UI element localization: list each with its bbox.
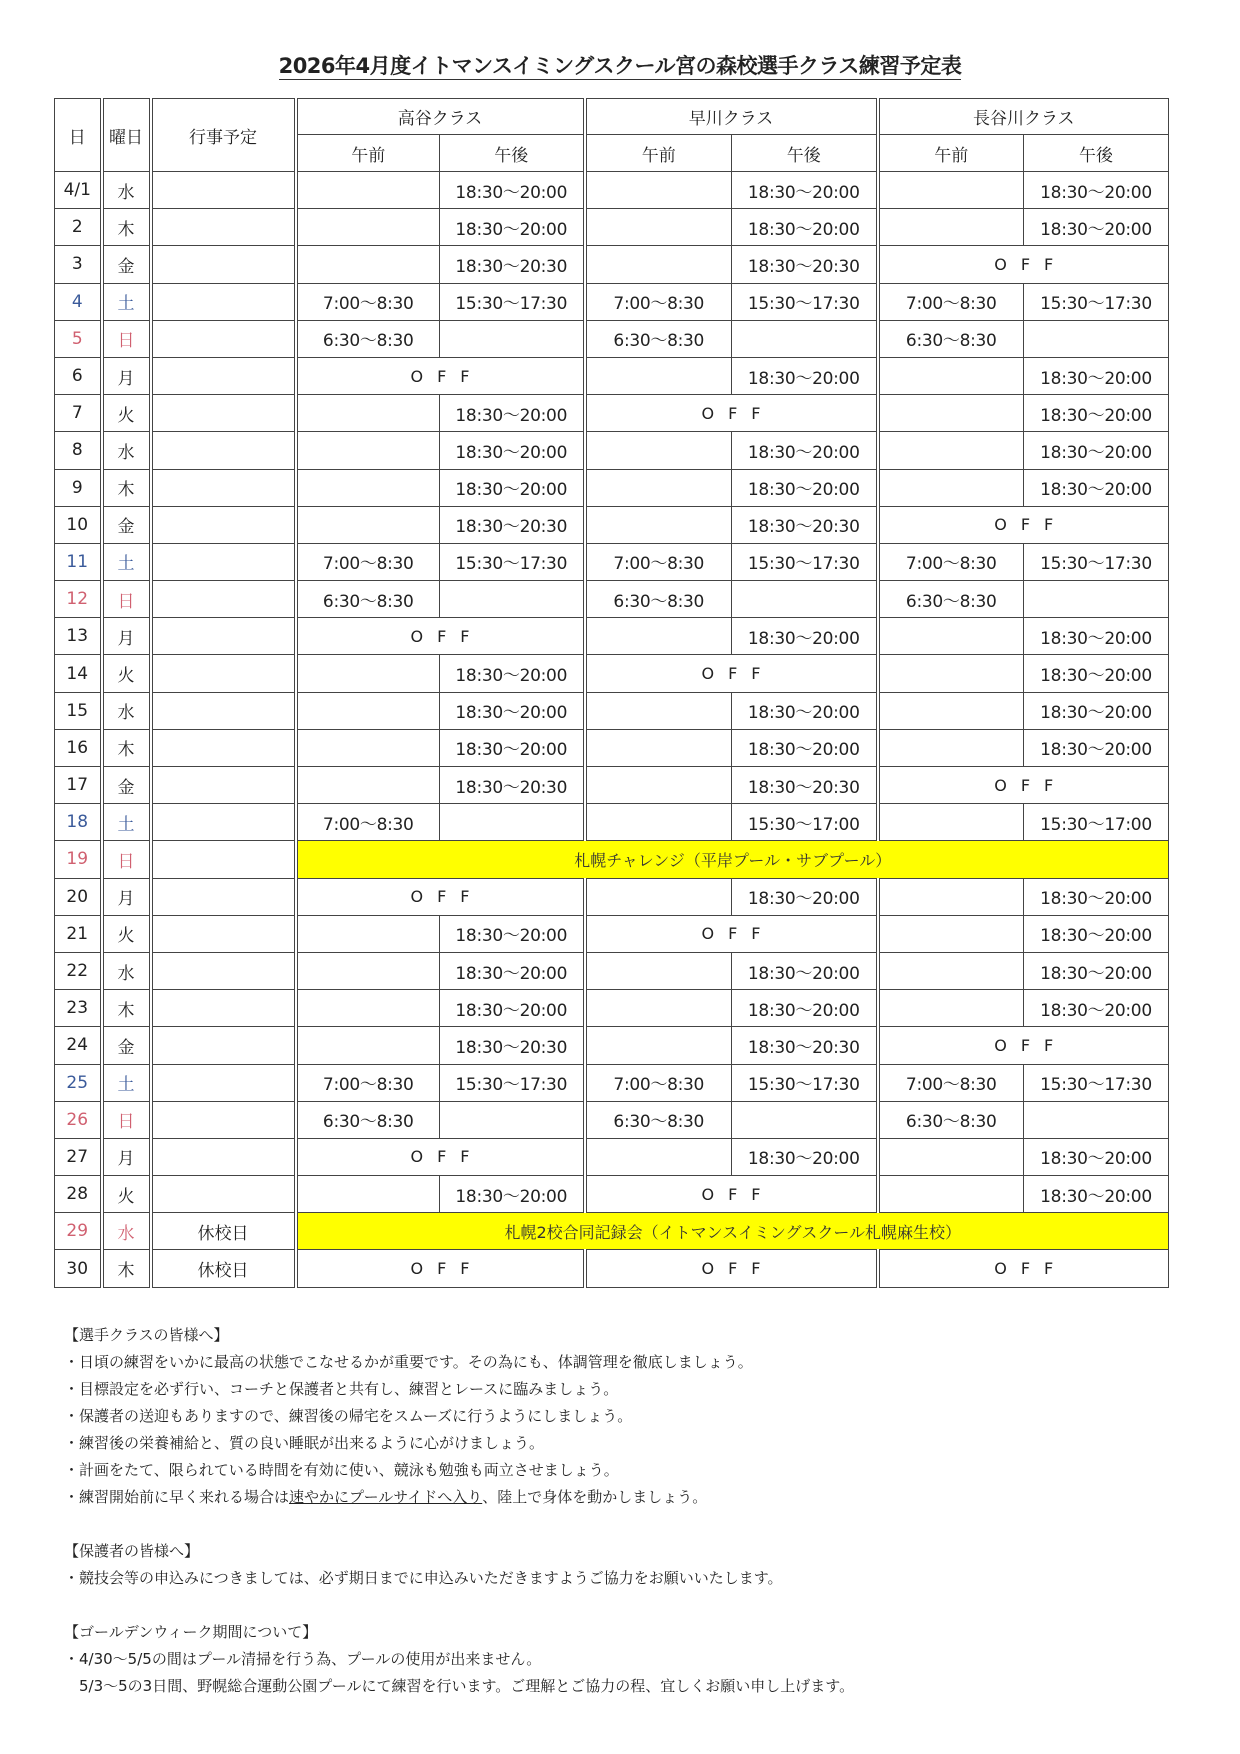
event-cell xyxy=(151,841,296,878)
event-cell xyxy=(151,952,296,989)
header-am: 午前 xyxy=(878,135,1024,172)
weekday-cell: 日 xyxy=(102,1101,151,1138)
weekday-cell: 木 xyxy=(102,1250,151,1287)
am-time-cell xyxy=(878,395,1024,432)
pm-time-cell: 18:30～20:00 xyxy=(1024,692,1169,729)
event-cell xyxy=(151,395,296,432)
am-time-cell xyxy=(296,952,440,989)
table-row: 7火18:30～20:00OFF18:30～20:00 xyxy=(55,395,1169,432)
weekday-cell: 月 xyxy=(102,618,151,655)
header-am: 午前 xyxy=(585,135,732,172)
pm-time-cell: 18:30～20:00 xyxy=(732,209,878,246)
weekday-cell: 月 xyxy=(102,878,151,915)
am-time-cell xyxy=(585,804,732,841)
am-time-cell xyxy=(878,692,1024,729)
event-cell xyxy=(151,172,296,209)
pm-time-cell: 18:30～20:00 xyxy=(1024,990,1169,1027)
am-time-cell xyxy=(296,432,440,469)
weekday-cell: 水 xyxy=(102,432,151,469)
note-item: ・日頃の練習をいかに最高の状態でこなせるかが重要です。その為にも、体調管理を徹底… xyxy=(64,1349,854,1376)
pm-time-cell: 18:30～20:00 xyxy=(440,692,585,729)
note-item: 5/3～5の3日間、野幌総合運動公園プールにて練習を行います。ご理解とご協力の程… xyxy=(64,1673,854,1700)
event-cell xyxy=(151,246,296,283)
am-time-cell xyxy=(296,506,440,543)
day-cell: 6 xyxy=(55,357,102,394)
pm-time-cell: 18:30～20:00 xyxy=(1024,172,1169,209)
am-time-cell xyxy=(585,506,732,543)
am-time-cell xyxy=(585,357,732,394)
am-time-cell xyxy=(585,1027,732,1064)
pm-time-cell: 18:30～20:30 xyxy=(440,1027,585,1064)
event-cell xyxy=(151,1138,296,1175)
weekday-cell: 木 xyxy=(102,469,151,506)
pm-time-cell: 18:30～20:00 xyxy=(1024,915,1169,952)
day-cell: 18 xyxy=(55,804,102,841)
am-time-cell xyxy=(585,1138,732,1175)
schedule-body: 4/1水18:30～20:0018:30～20:0018:30～20:002木1… xyxy=(55,172,1169,1288)
pm-time-cell xyxy=(440,581,585,618)
event-cell xyxy=(151,692,296,729)
pm-time-cell: 18:30～20:00 xyxy=(1024,357,1169,394)
event-cell xyxy=(151,878,296,915)
am-time-cell: 6:30～8:30 xyxy=(296,320,440,357)
table-row: 14火18:30～20:00OFF18:30～20:00 xyxy=(55,655,1169,692)
pm-time-cell: 15:30～17:30 xyxy=(440,543,585,580)
pm-time-cell: 18:30～20:30 xyxy=(440,767,585,804)
header-dow: 曜日 xyxy=(102,99,151,172)
pm-time-cell: 18:30～20:00 xyxy=(732,432,878,469)
table-row: 11土7:00～8:3015:30～17:307:00～8:3015:30～17… xyxy=(55,543,1169,580)
am-time-cell xyxy=(878,804,1024,841)
day-cell: 30 xyxy=(55,1250,102,1287)
weekday-cell: 木 xyxy=(102,990,151,1027)
off-cell: OFF xyxy=(878,506,1169,543)
am-time-cell xyxy=(296,729,440,766)
pm-time-cell xyxy=(1024,1101,1169,1138)
pm-time-cell: 18:30～20:00 xyxy=(440,172,585,209)
note-item: ・練習後の栄養補給と、質の良い睡眠が出来るように心がけましょう。 xyxy=(64,1430,854,1457)
notes-parents-heading: 【保護者の皆様へ】 xyxy=(64,1538,854,1565)
header-pm: 午後 xyxy=(440,135,585,172)
header-day: 日 xyxy=(55,99,102,172)
am-time-cell xyxy=(585,618,732,655)
day-cell: 22 xyxy=(55,952,102,989)
event-cell xyxy=(151,915,296,952)
day-cell: 5 xyxy=(55,320,102,357)
pm-time-cell: 15:30～17:30 xyxy=(440,1064,585,1101)
weekday-cell: 日 xyxy=(102,581,151,618)
schedule-table: 日 曜日 行事予定 高谷クラス 早川クラス 長谷川クラス 午前 午後 午前 午後… xyxy=(54,98,1169,1288)
am-time-cell: 6:30～8:30 xyxy=(296,1101,440,1138)
weekday-cell: 金 xyxy=(102,767,151,804)
pm-time-cell: 18:30～20:00 xyxy=(732,618,878,655)
am-time-cell xyxy=(585,172,732,209)
am-time-cell: 6:30～8:30 xyxy=(878,581,1024,618)
weekday-cell: 土 xyxy=(102,543,151,580)
am-time-cell: 7:00～8:30 xyxy=(296,283,440,320)
am-time-cell xyxy=(585,246,732,283)
pm-time-cell: 18:30～20:00 xyxy=(1024,878,1169,915)
pm-time-cell: 18:30～20:00 xyxy=(732,1138,878,1175)
day-cell: 28 xyxy=(55,1176,102,1213)
day-cell: 21 xyxy=(55,915,102,952)
note-item: ・目標設定を必ず行い、コーチと保護者と共有し、練習とレースに臨みましょう。 xyxy=(64,1376,854,1403)
day-cell: 17 xyxy=(55,767,102,804)
am-time-cell xyxy=(878,172,1024,209)
am-time-cell: 7:00～8:30 xyxy=(585,1064,732,1101)
header-class-takaya: 高谷クラス xyxy=(296,99,585,135)
event-banner: 札幌2校合同記録会（イトマンスイミングスクール札幌麻生校） xyxy=(296,1213,1169,1250)
table-row: 3金18:30～20:3018:30～20:30OFF xyxy=(55,246,1169,283)
pm-time-cell: 18:30～20:00 xyxy=(1024,655,1169,692)
off-cell: OFF xyxy=(878,1027,1169,1064)
am-time-cell xyxy=(296,246,440,283)
day-cell: 4/1 xyxy=(55,172,102,209)
weekday-cell: 火 xyxy=(102,1176,151,1213)
weekday-cell: 木 xyxy=(102,209,151,246)
pm-time-cell: 18:30～20:00 xyxy=(732,990,878,1027)
weekday-cell: 金 xyxy=(102,1027,151,1064)
pm-time-cell: 18:30～20:00 xyxy=(1024,395,1169,432)
weekday-cell: 火 xyxy=(102,395,151,432)
pm-time-cell: 18:30～20:00 xyxy=(732,469,878,506)
weekday-cell: 日 xyxy=(102,841,151,878)
table-row: 13月OFF18:30～20:0018:30～20:00 xyxy=(55,618,1169,655)
pm-time-cell: 15:30～17:30 xyxy=(1024,283,1169,320)
pm-time-cell: 18:30～20:00 xyxy=(1024,618,1169,655)
off-cell: OFF xyxy=(296,357,585,394)
day-cell: 3 xyxy=(55,246,102,283)
day-cell: 2 xyxy=(55,209,102,246)
am-time-cell xyxy=(296,692,440,729)
pm-time-cell: 18:30～20:30 xyxy=(440,506,585,543)
day-cell: 14 xyxy=(55,655,102,692)
day-cell: 24 xyxy=(55,1027,102,1064)
am-time-cell: 6:30～8:30 xyxy=(296,581,440,618)
pm-time-cell: 18:30～20:00 xyxy=(732,357,878,394)
pm-time-cell: 18:30～20:00 xyxy=(440,655,585,692)
am-time-cell xyxy=(296,209,440,246)
pm-time-cell: 15:30～17:30 xyxy=(1024,1064,1169,1101)
pm-time-cell: 18:30～20:00 xyxy=(732,878,878,915)
am-time-cell xyxy=(296,655,440,692)
event-cell xyxy=(151,729,296,766)
table-row: 19日札幌チャレンジ（平岸プール・サブプール） xyxy=(55,841,1169,878)
am-time-cell xyxy=(296,395,440,432)
event-cell xyxy=(151,990,296,1027)
am-time-cell xyxy=(585,209,732,246)
day-cell: 7 xyxy=(55,395,102,432)
header-pm: 午後 xyxy=(1024,135,1169,172)
pm-time-cell: 18:30～20:00 xyxy=(1024,209,1169,246)
pm-time-cell: 18:30～20:00 xyxy=(1024,1176,1169,1213)
off-cell: OFF xyxy=(296,878,585,915)
am-time-cell: 6:30～8:30 xyxy=(878,1101,1024,1138)
am-time-cell: 6:30～8:30 xyxy=(585,320,732,357)
am-time-cell xyxy=(585,469,732,506)
pm-time-cell: 18:30～20:00 xyxy=(732,692,878,729)
am-time-cell xyxy=(585,432,732,469)
pm-time-cell: 18:30～20:00 xyxy=(1024,952,1169,989)
table-row: 21火18:30～20:00OFF18:30～20:00 xyxy=(55,915,1169,952)
day-cell: 20 xyxy=(55,878,102,915)
event-cell xyxy=(151,543,296,580)
day-cell: 15 xyxy=(55,692,102,729)
event-banner: 札幌チャレンジ（平岸プール・サブプール） xyxy=(296,841,1169,878)
am-time-cell: 7:00～8:30 xyxy=(296,1064,440,1101)
pm-time-cell xyxy=(440,1101,585,1138)
off-cell: OFF xyxy=(878,246,1169,283)
pm-time-cell: 18:30～20:00 xyxy=(440,990,585,1027)
am-time-cell xyxy=(878,655,1024,692)
am-time-cell xyxy=(296,172,440,209)
note-item: ・競技会等の申込みにつきましては、必ず期日までに申込みいただきますようご協力をお… xyxy=(64,1565,854,1592)
header-event: 行事予定 xyxy=(151,99,296,172)
am-time-cell xyxy=(878,915,1024,952)
table-row: 26日6:30～8:306:30～8:306:30～8:30 xyxy=(55,1101,1169,1138)
pm-time-cell: 18:30～20:00 xyxy=(1024,1138,1169,1175)
notes-section: 【選手クラスの皆様へ】 ・日頃の練習をいかに最高の状態でこなせるかが重要です。そ… xyxy=(64,1322,854,1700)
weekday-cell: 火 xyxy=(102,915,151,952)
pm-time-cell xyxy=(732,320,878,357)
am-time-cell xyxy=(296,469,440,506)
event-cell xyxy=(151,283,296,320)
pm-time-cell: 18:30～20:00 xyxy=(1024,432,1169,469)
am-time-cell xyxy=(878,1176,1024,1213)
weekday-cell: 日 xyxy=(102,320,151,357)
table-row: 5日6:30～8:306:30～8:306:30～8:30 xyxy=(55,320,1169,357)
pm-time-cell: 18:30～20:00 xyxy=(440,395,585,432)
off-cell: OFF xyxy=(296,618,585,655)
am-time-cell: 7:00～8:30 xyxy=(585,543,732,580)
table-row: 18土7:00～8:3015:30～17:0015:30～17:00 xyxy=(55,804,1169,841)
pm-time-cell xyxy=(1024,581,1169,618)
pm-time-cell xyxy=(1024,320,1169,357)
weekday-cell: 金 xyxy=(102,506,151,543)
pm-time-cell: 18:30～20:00 xyxy=(440,952,585,989)
header-class-hasegawa: 長谷川クラス xyxy=(878,99,1169,135)
table-row: 15水18:30～20:0018:30～20:0018:30～20:00 xyxy=(55,692,1169,729)
off-cell: OFF xyxy=(585,655,878,692)
am-time-cell: 7:00～8:30 xyxy=(296,804,440,841)
am-time-cell: 7:00～8:30 xyxy=(878,543,1024,580)
pm-time-cell xyxy=(440,320,585,357)
am-time-cell: 6:30～8:30 xyxy=(878,320,1024,357)
pm-time-cell: 18:30～20:00 xyxy=(440,915,585,952)
day-cell: 19 xyxy=(55,841,102,878)
event-cell: 休校日 xyxy=(151,1213,296,1250)
am-time-cell xyxy=(878,209,1024,246)
off-cell: OFF xyxy=(296,1138,585,1175)
event-cell xyxy=(151,1064,296,1101)
event-cell xyxy=(151,767,296,804)
table-row: 25土7:00～8:3015:30～17:307:00～8:3015:30～17… xyxy=(55,1064,1169,1101)
pm-time-cell: 15:30～17:30 xyxy=(440,283,585,320)
event-cell xyxy=(151,1176,296,1213)
pm-time-cell: 18:30～20:00 xyxy=(732,952,878,989)
am-time-cell: 7:00～8:30 xyxy=(878,283,1024,320)
pm-time-cell: 18:30～20:00 xyxy=(440,469,585,506)
header-am: 午前 xyxy=(296,135,440,172)
header-pm: 午後 xyxy=(732,135,878,172)
table-row: 4土7:00～8:3015:30～17:307:00～8:3015:30～17:… xyxy=(55,283,1169,320)
am-time-cell xyxy=(585,729,732,766)
pm-time-cell: 18:30～20:00 xyxy=(1024,729,1169,766)
am-time-cell xyxy=(296,767,440,804)
weekday-cell: 木 xyxy=(102,729,151,766)
event-cell xyxy=(151,209,296,246)
am-time-cell: 7:00～8:30 xyxy=(296,543,440,580)
table-row: 8水18:30～20:0018:30～20:0018:30～20:00 xyxy=(55,432,1169,469)
am-time-cell: 6:30～8:30 xyxy=(585,1101,732,1138)
notes-golden-week-heading: 【ゴールデンウィーク期間について】 xyxy=(64,1619,854,1646)
day-cell: 13 xyxy=(55,618,102,655)
pm-time-cell: 18:30～20:00 xyxy=(732,172,878,209)
am-time-cell xyxy=(878,432,1024,469)
am-time-cell: 7:00～8:30 xyxy=(878,1064,1024,1101)
am-time-cell xyxy=(585,878,732,915)
table-row: 22水18:30～20:0018:30～20:0018:30～20:00 xyxy=(55,952,1169,989)
weekday-cell: 月 xyxy=(102,1138,151,1175)
day-cell: 25 xyxy=(55,1064,102,1101)
am-time-cell xyxy=(296,1176,440,1213)
table-row: 6月OFF18:30～20:0018:30～20:00 xyxy=(55,357,1169,394)
day-cell: 16 xyxy=(55,729,102,766)
event-cell: 休校日 xyxy=(151,1250,296,1287)
table-row: 29水休校日札幌2校合同記録会（イトマンスイミングスクール札幌麻生校） xyxy=(55,1213,1169,1250)
am-time-cell xyxy=(878,952,1024,989)
table-row: 24金18:30～20:3018:30～20:30OFF xyxy=(55,1027,1169,1064)
event-cell xyxy=(151,655,296,692)
event-cell xyxy=(151,469,296,506)
weekday-cell: 水 xyxy=(102,172,151,209)
pm-time-cell: 15:30～17:00 xyxy=(732,804,878,841)
day-cell: 26 xyxy=(55,1101,102,1138)
day-cell: 23 xyxy=(55,990,102,1027)
am-time-cell xyxy=(296,1027,440,1064)
am-time-cell xyxy=(878,469,1024,506)
off-cell: OFF xyxy=(585,915,878,952)
document-title: 2026年4月度イトマンスイミングスクール宮の森校選手クラス練習予定表 xyxy=(0,50,1240,80)
pm-time-cell: 18:30～20:00 xyxy=(732,729,878,766)
pm-time-cell: 18:30～20:00 xyxy=(440,1176,585,1213)
am-time-cell xyxy=(878,1138,1024,1175)
pm-time-cell: 18:30～20:30 xyxy=(732,767,878,804)
weekday-cell: 土 xyxy=(102,1064,151,1101)
event-cell xyxy=(151,320,296,357)
table-row: 10金18:30～20:3018:30～20:30OFF xyxy=(55,506,1169,543)
day-cell: 8 xyxy=(55,432,102,469)
pm-time-cell: 15:30～17:30 xyxy=(732,543,878,580)
event-cell xyxy=(151,506,296,543)
pm-time-cell: 18:30～20:30 xyxy=(732,1027,878,1064)
note-item: ・保護者の送迎もありますので、練習後の帰宅をスムーズに行うようにしましょう。 xyxy=(64,1403,854,1430)
am-time-cell xyxy=(878,357,1024,394)
day-cell: 9 xyxy=(55,469,102,506)
pm-time-cell: 18:30～20:00 xyxy=(440,432,585,469)
day-cell: 4 xyxy=(55,283,102,320)
table-row: 17金18:30～20:3018:30～20:30OFF xyxy=(55,767,1169,804)
pm-time-cell: 15:30～17:00 xyxy=(1024,804,1169,841)
underlined-text: 速やかにプールサイドへ入り xyxy=(289,1488,482,1506)
note-item: ・計画をたて、限られている時間を有効に使い、競泳も勉強も両立させましょう。 xyxy=(64,1457,854,1484)
am-time-cell: 7:00～8:30 xyxy=(585,283,732,320)
pm-time-cell: 18:30～20:30 xyxy=(440,246,585,283)
event-cell xyxy=(151,357,296,394)
pm-time-cell: 18:30～20:00 xyxy=(440,729,585,766)
event-cell xyxy=(151,1101,296,1138)
day-cell: 12 xyxy=(55,581,102,618)
pm-time-cell: 15:30～17:30 xyxy=(1024,543,1169,580)
pm-time-cell: 15:30～17:30 xyxy=(732,283,878,320)
table-row: 20月OFF18:30～20:0018:30～20:00 xyxy=(55,878,1169,915)
am-time-cell xyxy=(878,618,1024,655)
event-cell xyxy=(151,432,296,469)
am-time-cell xyxy=(585,767,732,804)
weekday-cell: 金 xyxy=(102,246,151,283)
table-row: 9木18:30～20:0018:30～20:0018:30～20:00 xyxy=(55,469,1169,506)
pm-time-cell xyxy=(440,804,585,841)
table-row: 30木休校日OFFOFFOFF xyxy=(55,1250,1169,1287)
am-time-cell xyxy=(296,915,440,952)
weekday-cell: 土 xyxy=(102,804,151,841)
off-cell: OFF xyxy=(878,1250,1169,1287)
pm-time-cell: 18:30～20:00 xyxy=(1024,469,1169,506)
day-cell: 10 xyxy=(55,506,102,543)
day-cell: 11 xyxy=(55,543,102,580)
am-time-cell xyxy=(878,878,1024,915)
event-cell xyxy=(151,804,296,841)
pm-time-cell: 18:30～20:30 xyxy=(732,246,878,283)
off-cell: OFF xyxy=(585,395,878,432)
pm-time-cell xyxy=(732,1101,878,1138)
am-time-cell xyxy=(878,729,1024,766)
off-cell: OFF xyxy=(585,1250,878,1287)
note-item: ・練習開始前に早く来れる場合は速やかにプールサイドへ入り、陸上で身体を動かしまし… xyxy=(64,1484,854,1511)
am-time-cell: 6:30～8:30 xyxy=(585,581,732,618)
weekday-cell: 月 xyxy=(102,357,151,394)
notes-swimmers-heading: 【選手クラスの皆様へ】 xyxy=(64,1322,854,1349)
event-cell xyxy=(151,581,296,618)
weekday-cell: 水 xyxy=(102,952,151,989)
table-row: 2木18:30～20:0018:30～20:0018:30～20:00 xyxy=(55,209,1169,246)
weekday-cell: 水 xyxy=(102,1213,151,1250)
header-class-hayakawa: 早川クラス xyxy=(585,99,878,135)
day-cell: 29 xyxy=(55,1213,102,1250)
off-cell: OFF xyxy=(296,1250,585,1287)
pm-time-cell: 15:30～17:30 xyxy=(732,1064,878,1101)
off-cell: OFF xyxy=(878,767,1169,804)
table-row: 23木18:30～20:0018:30～20:0018:30～20:00 xyxy=(55,990,1169,1027)
table-row: 4/1水18:30～20:0018:30～20:0018:30～20:00 xyxy=(55,172,1169,209)
event-cell xyxy=(151,1027,296,1064)
event-cell xyxy=(151,618,296,655)
day-cell: 27 xyxy=(55,1138,102,1175)
table-row: 12日6:30～8:306:30～8:306:30～8:30 xyxy=(55,581,1169,618)
table-row: 28火18:30～20:00OFF18:30～20:00 xyxy=(55,1176,1169,1213)
off-cell: OFF xyxy=(585,1176,878,1213)
weekday-cell: 土 xyxy=(102,283,151,320)
am-time-cell xyxy=(585,952,732,989)
am-time-cell xyxy=(878,990,1024,1027)
pm-time-cell: 18:30～20:00 xyxy=(440,209,585,246)
am-time-cell xyxy=(585,692,732,729)
am-time-cell xyxy=(296,990,440,1027)
pm-time-cell: 18:30～20:30 xyxy=(732,506,878,543)
weekday-cell: 水 xyxy=(102,692,151,729)
table-row: 27月OFF18:30～20:0018:30～20:00 xyxy=(55,1138,1169,1175)
weekday-cell: 火 xyxy=(102,655,151,692)
